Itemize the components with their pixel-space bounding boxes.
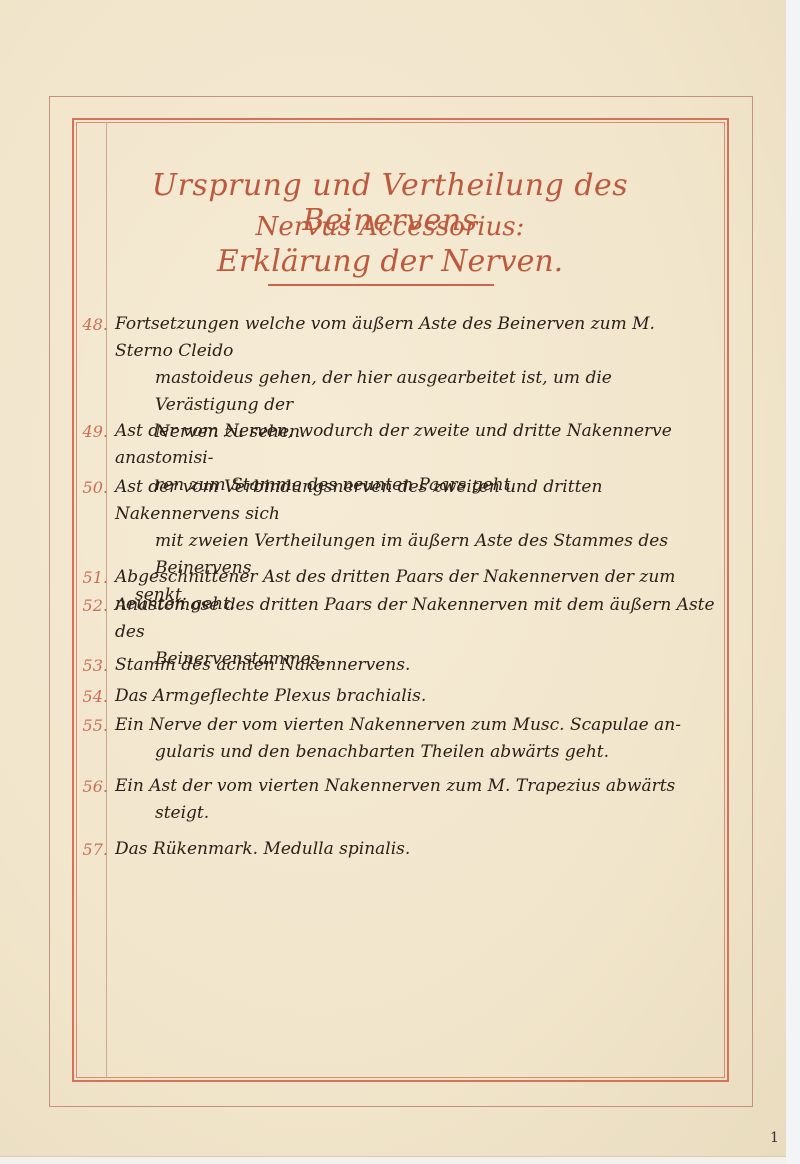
entry-number: 51. [75, 564, 108, 591]
entry-number: 49. [75, 418, 108, 445]
entry-number: 52. [75, 592, 108, 619]
entry-number: 53. [75, 652, 108, 679]
pencil-page-mark: 1 [770, 1130, 779, 1146]
entry-line: steigt. [115, 800, 715, 827]
entry-line: Anastomose des dritten Paars der Nakenne… [115, 592, 715, 646]
entry-number: 55. [75, 712, 108, 739]
entry-number: 50. [75, 474, 108, 501]
entry-line: Fortsetzungen welche vom äußern Aste des… [115, 311, 715, 365]
title-line-2: Nervus Accessorius: [110, 212, 670, 242]
entry-number: 54. [75, 683, 108, 710]
title-line-3: Erklärung der Nerven. [110, 244, 670, 279]
entry-line: Ast der vom Verbindungsnerven des zweite… [115, 474, 715, 528]
entry-number: 56. [75, 773, 108, 800]
entry-line: gularis und den benachbarten Theilen abw… [115, 739, 715, 766]
scan-background-edge [786, 0, 800, 1164]
manuscript-page: Ursprung und Vertheilung des Beinervens … [0, 0, 787, 1157]
entry-line: Ein Nerve der vom vierten Nakennerven zu… [115, 712, 715, 739]
entry-line: Das Rükenmark. Medulla spinalis. [115, 836, 715, 863]
entry-number: 57. [75, 836, 108, 863]
entry-line: Ein Ast der vom vierten Nakennerven zum … [115, 773, 715, 800]
entry-line: Ast der vom Nerven, wodurch der zweite u… [115, 418, 715, 472]
title-underline [268, 284, 494, 286]
entry-line: mastoideus gehen, der hier ausgearbeitet… [115, 365, 715, 419]
entry-line: Das Armgeflechte Plexus brachialis. [115, 683, 715, 710]
entry-line: Stamm des achten Nakennervens. [115, 652, 715, 679]
entry-number: 48. [75, 311, 108, 338]
